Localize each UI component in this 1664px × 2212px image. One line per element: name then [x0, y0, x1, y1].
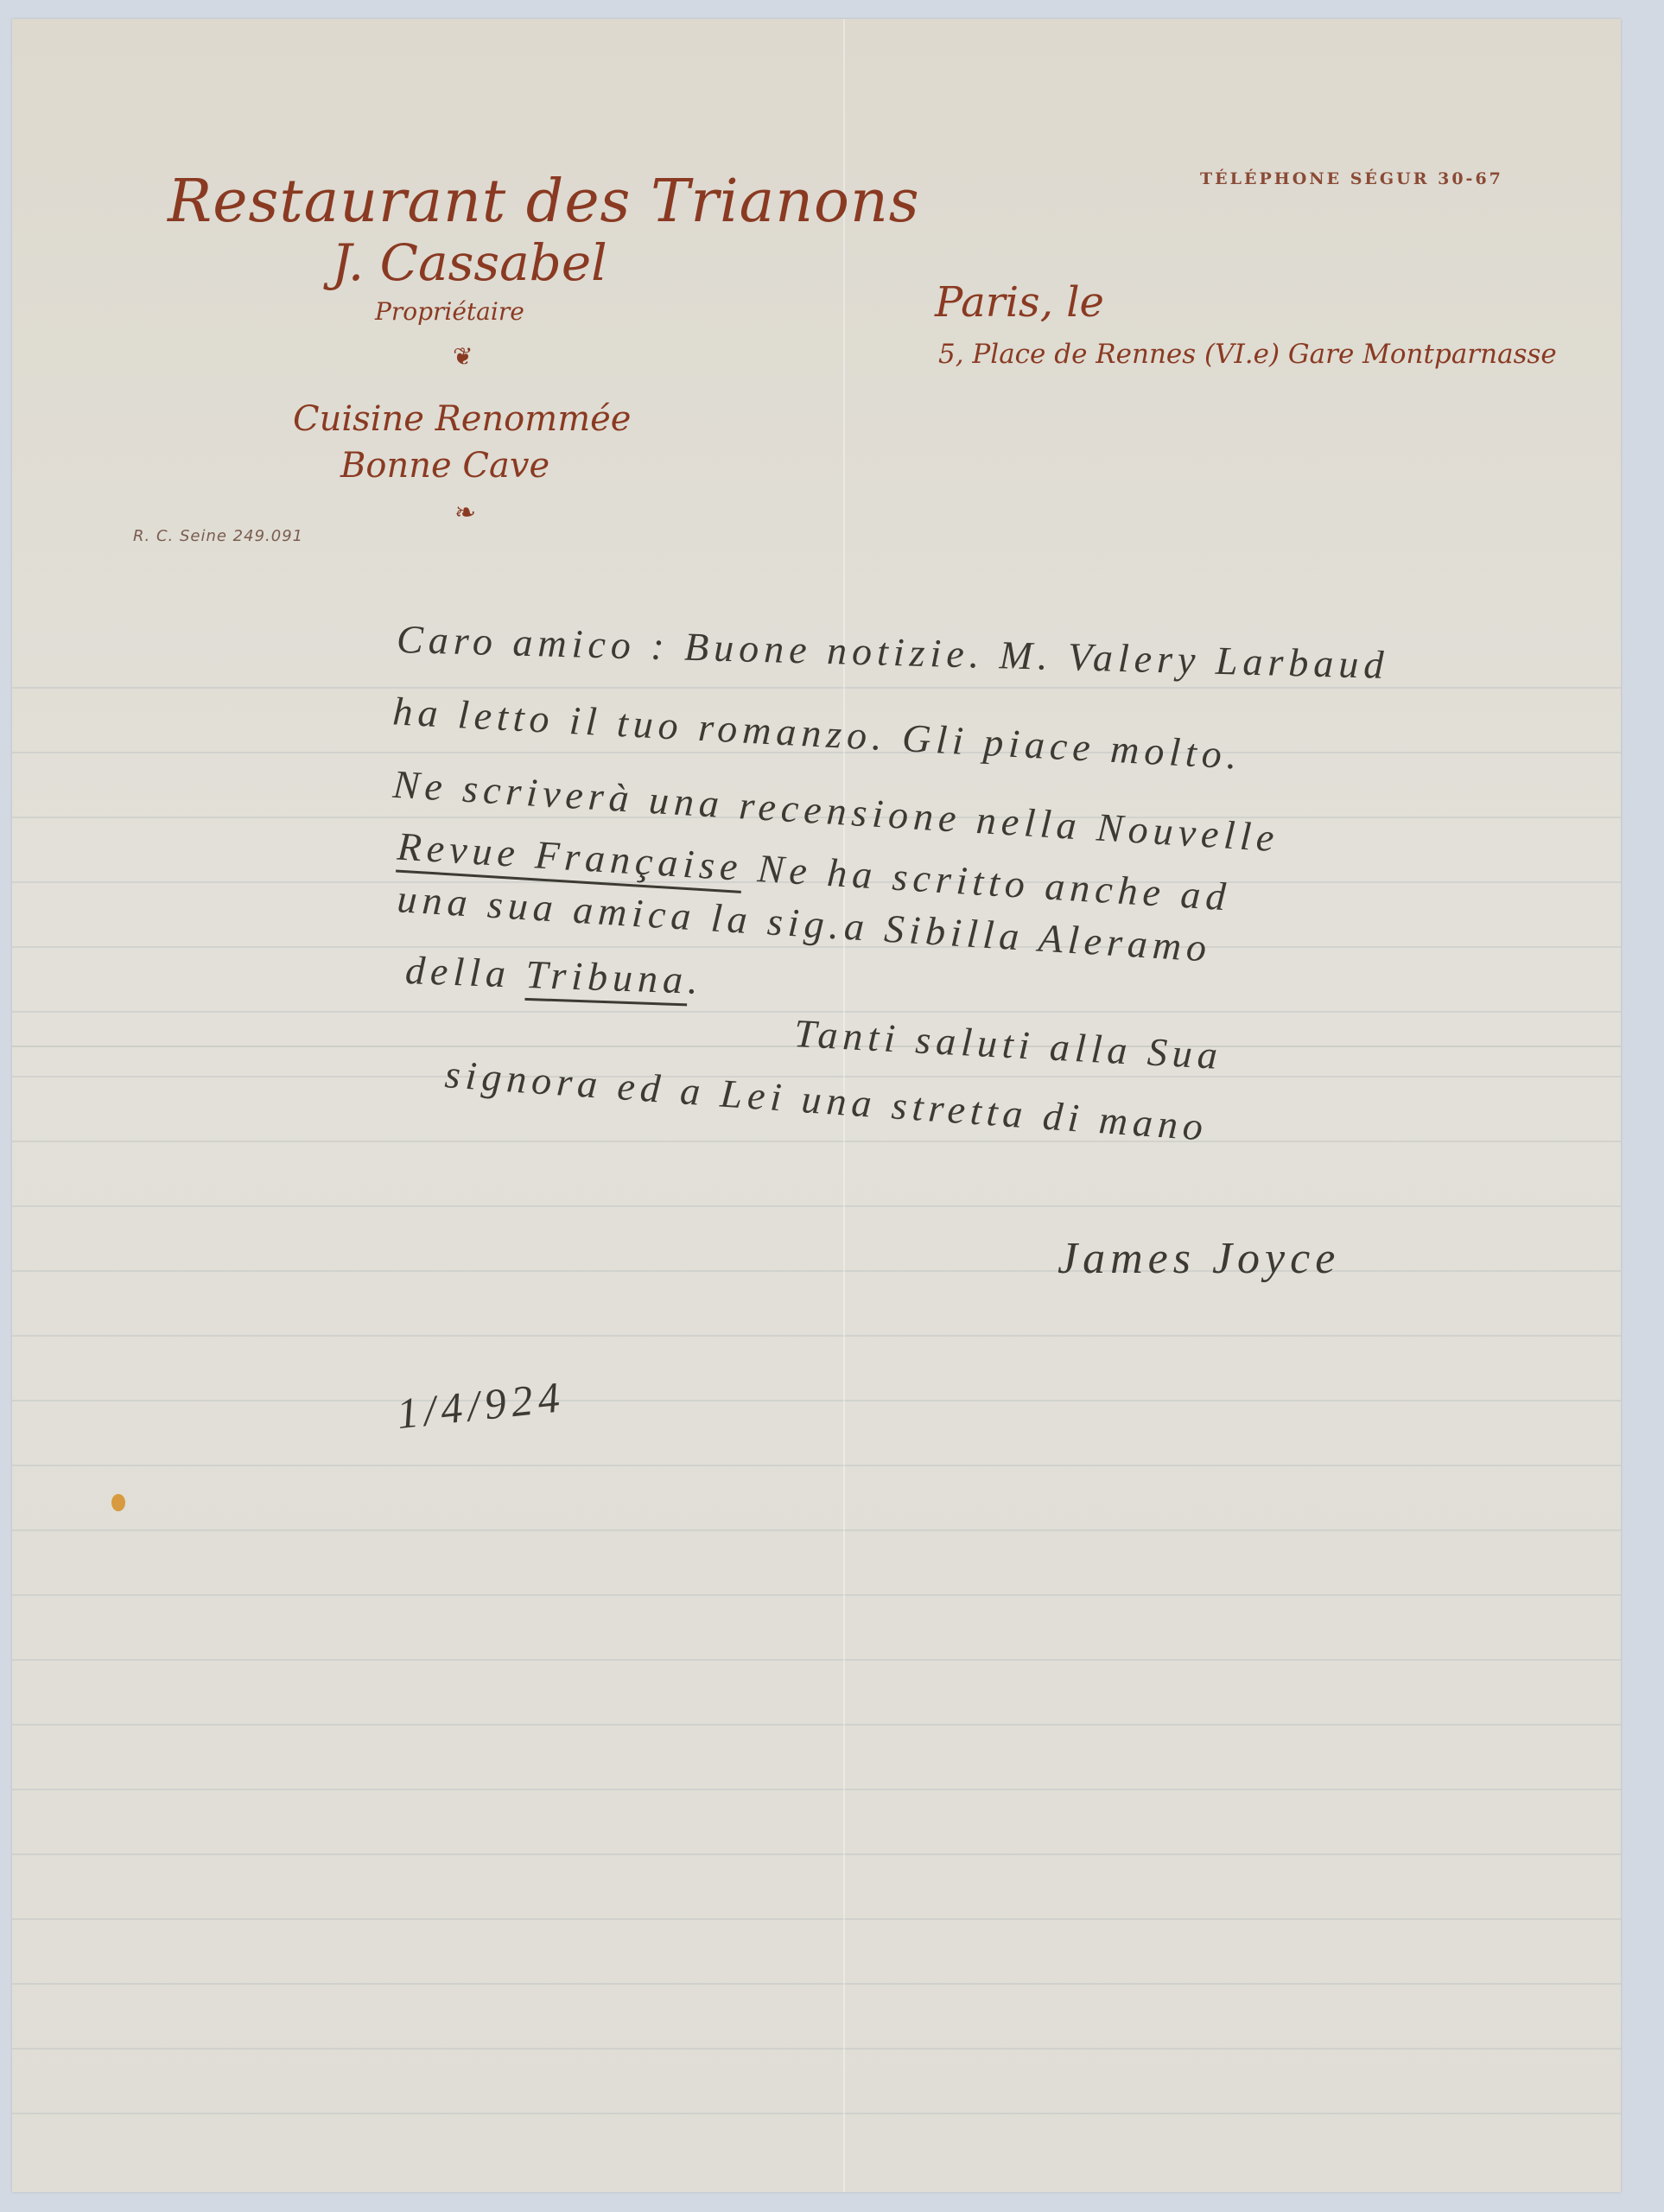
owner-name: J. Cassabel [332, 233, 607, 292]
address: 5, Place de Rennes (VI.e) Gare Montparna… [938, 339, 1557, 370]
ornament-icon: ❦ [453, 342, 473, 371]
telephone: TÉLÉPHONE SÉGUR 30-67 [1200, 169, 1503, 188]
underlined-tribuna: Tribuna [525, 952, 689, 1002]
owner-title: Propriétaire [375, 297, 524, 326]
place-date-prefix: Paris, le [935, 278, 1104, 327]
slogan-cuisine: Cuisine Renommée [293, 399, 631, 439]
ornament-flourish-icon: ❧ [454, 498, 476, 528]
letter-sheet: Restaurant des Trianons J. Cassabel Prop… [12, 19, 1621, 2192]
restaurant-name: Restaurant des Trianons [168, 168, 920, 236]
registry-number: R. C. Seine 249.091 [133, 527, 303, 545]
signature: James Joyce [1057, 1233, 1340, 1284]
slogan-cave: Bonne Cave [340, 446, 549, 486]
ink-stain [111, 1494, 125, 1511]
